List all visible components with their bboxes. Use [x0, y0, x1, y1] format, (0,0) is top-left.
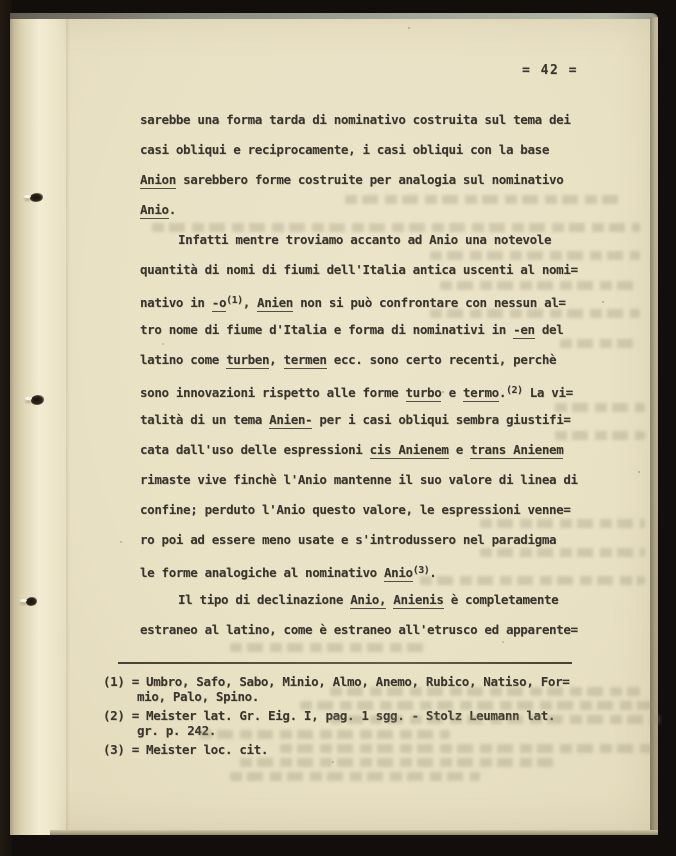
footnote-item: (3) = Meister loc. cit.: [103, 743, 595, 758]
typed-line: tro nome di fiume d'Italia e forma di no…: [140, 315, 610, 345]
typed-line: Anion sarebbero forme costruite per anal…: [140, 165, 610, 195]
binding-hole: [31, 395, 44, 405]
typed-line: quantità di nomi di fiumi dell'Italia an…: [140, 255, 610, 285]
typed-line: rimaste vive finchè l'Anio mantenne il s…: [140, 465, 610, 495]
footnote-item: (2) = Meister lat. Gr. Eig. I, pag. 1 sg…: [103, 709, 595, 738]
footnotes: (1) = Umbro, Safo, Sabo, Minio, Almo, An…: [103, 675, 595, 763]
typed-line: latino come turben, termen ecc. sono cer…: [140, 345, 610, 375]
scan-background: = 42 = sarebbe una forma tarda di nomina…: [0, 0, 676, 856]
typed-line: nativo in -o(1), Anien non si può confro…: [140, 285, 610, 315]
typed-line: le forme analogiche al nominativo Anio(3…: [140, 555, 610, 585]
typed-line: confine; perduto l'Anio questo valore, l…: [140, 495, 610, 525]
page-left-curl: [10, 13, 68, 835]
typed-line: talità di un tema Anien- per i casi obli…: [140, 405, 610, 435]
ghost-text-line: [230, 772, 480, 781]
typed-line: sarebbe una forma tarda di nominativo co…: [140, 105, 610, 135]
typed-line: casi obliqui e reciprocamente, i casi ob…: [140, 135, 610, 165]
page-stack-top-edge: [10, 13, 658, 19]
page-fold-crease: [66, 13, 70, 835]
footnote-item: (1) = Umbro, Safo, Sabo, Minio, Almo, An…: [103, 675, 595, 704]
typed-line: ro poi ad essere meno usate e s'introdus…: [140, 525, 610, 555]
page-stack-right-edge: [650, 17, 658, 835]
typed-line: cata dall'uso delle espressioni cis Anie…: [140, 435, 610, 465]
document-page: = 42 = sarebbe una forma tarda di nomina…: [10, 13, 658, 835]
typed-line: Infatti mentre troviamo accanto ad Anio …: [140, 225, 610, 255]
typed-line: Anio.: [140, 195, 610, 225]
body-text: sarebbe una forma tarda di nominativo co…: [140, 105, 610, 645]
typed-line: Il tipo di declinazione Anio, Anienis è …: [140, 585, 610, 615]
binding-hole: [30, 193, 43, 202]
typed-line: estraneo al latino, come è estraneo all'…: [140, 615, 610, 645]
paper-specks: [10, 13, 12, 15]
page-stack-bottom-edge: [50, 830, 658, 835]
typed-line: sono innovazioni rispetto alle forme tur…: [140, 375, 610, 405]
page-number: = 42 =: [522, 63, 578, 78]
footnote-separator: [118, 662, 572, 664]
binding-hole: [26, 597, 37, 606]
